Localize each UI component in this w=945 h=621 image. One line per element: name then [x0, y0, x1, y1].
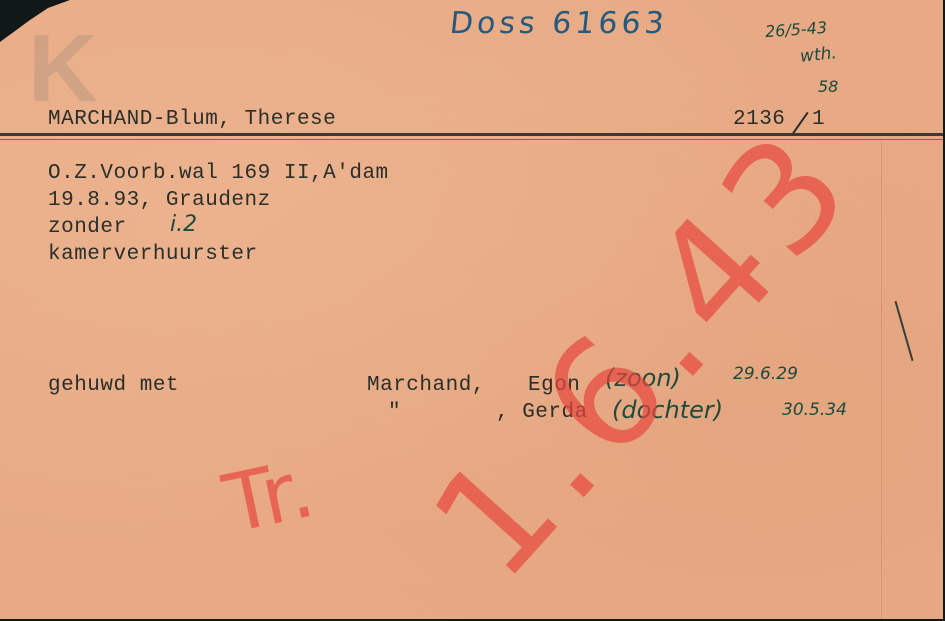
relation-2-ditto: "	[388, 399, 401, 426]
red-pencil-initials: Tr.	[216, 442, 322, 551]
top-right-note-line1: 26/5-43	[764, 18, 827, 41]
relation-2-date: 30.5.34	[782, 400, 847, 420]
occupation: kamerverhuurster	[48, 241, 258, 268]
address: O.Z.Voorb.wal 169 II,A'dam	[48, 160, 389, 187]
dossier-number: Doss 61663	[448, 6, 669, 41]
birth-date-place: 19.8.93, Graudenz	[48, 187, 271, 214]
red-pencil-date: 1.6.43	[400, 96, 889, 612]
faded-k-stamp: K	[28, 22, 94, 116]
pen-mark	[894, 301, 913, 361]
religion-note: i.2	[170, 212, 197, 237]
married-label: gehuwd met	[48, 372, 179, 399]
religion-label: zonder	[48, 214, 127, 241]
top-right-note-line2: wth.	[799, 43, 838, 67]
person-name: MARCHAND-Blum, Therese	[48, 106, 336, 133]
relation-1-surname: Marchand,	[367, 372, 485, 399]
card-suffix: 1	[812, 106, 825, 133]
top-right-note-line3: 58	[818, 77, 838, 96]
archive-index-card: K Doss 61663 26/5-43 wth. 58 MARCHAND-Bl…	[0, 0, 945, 621]
